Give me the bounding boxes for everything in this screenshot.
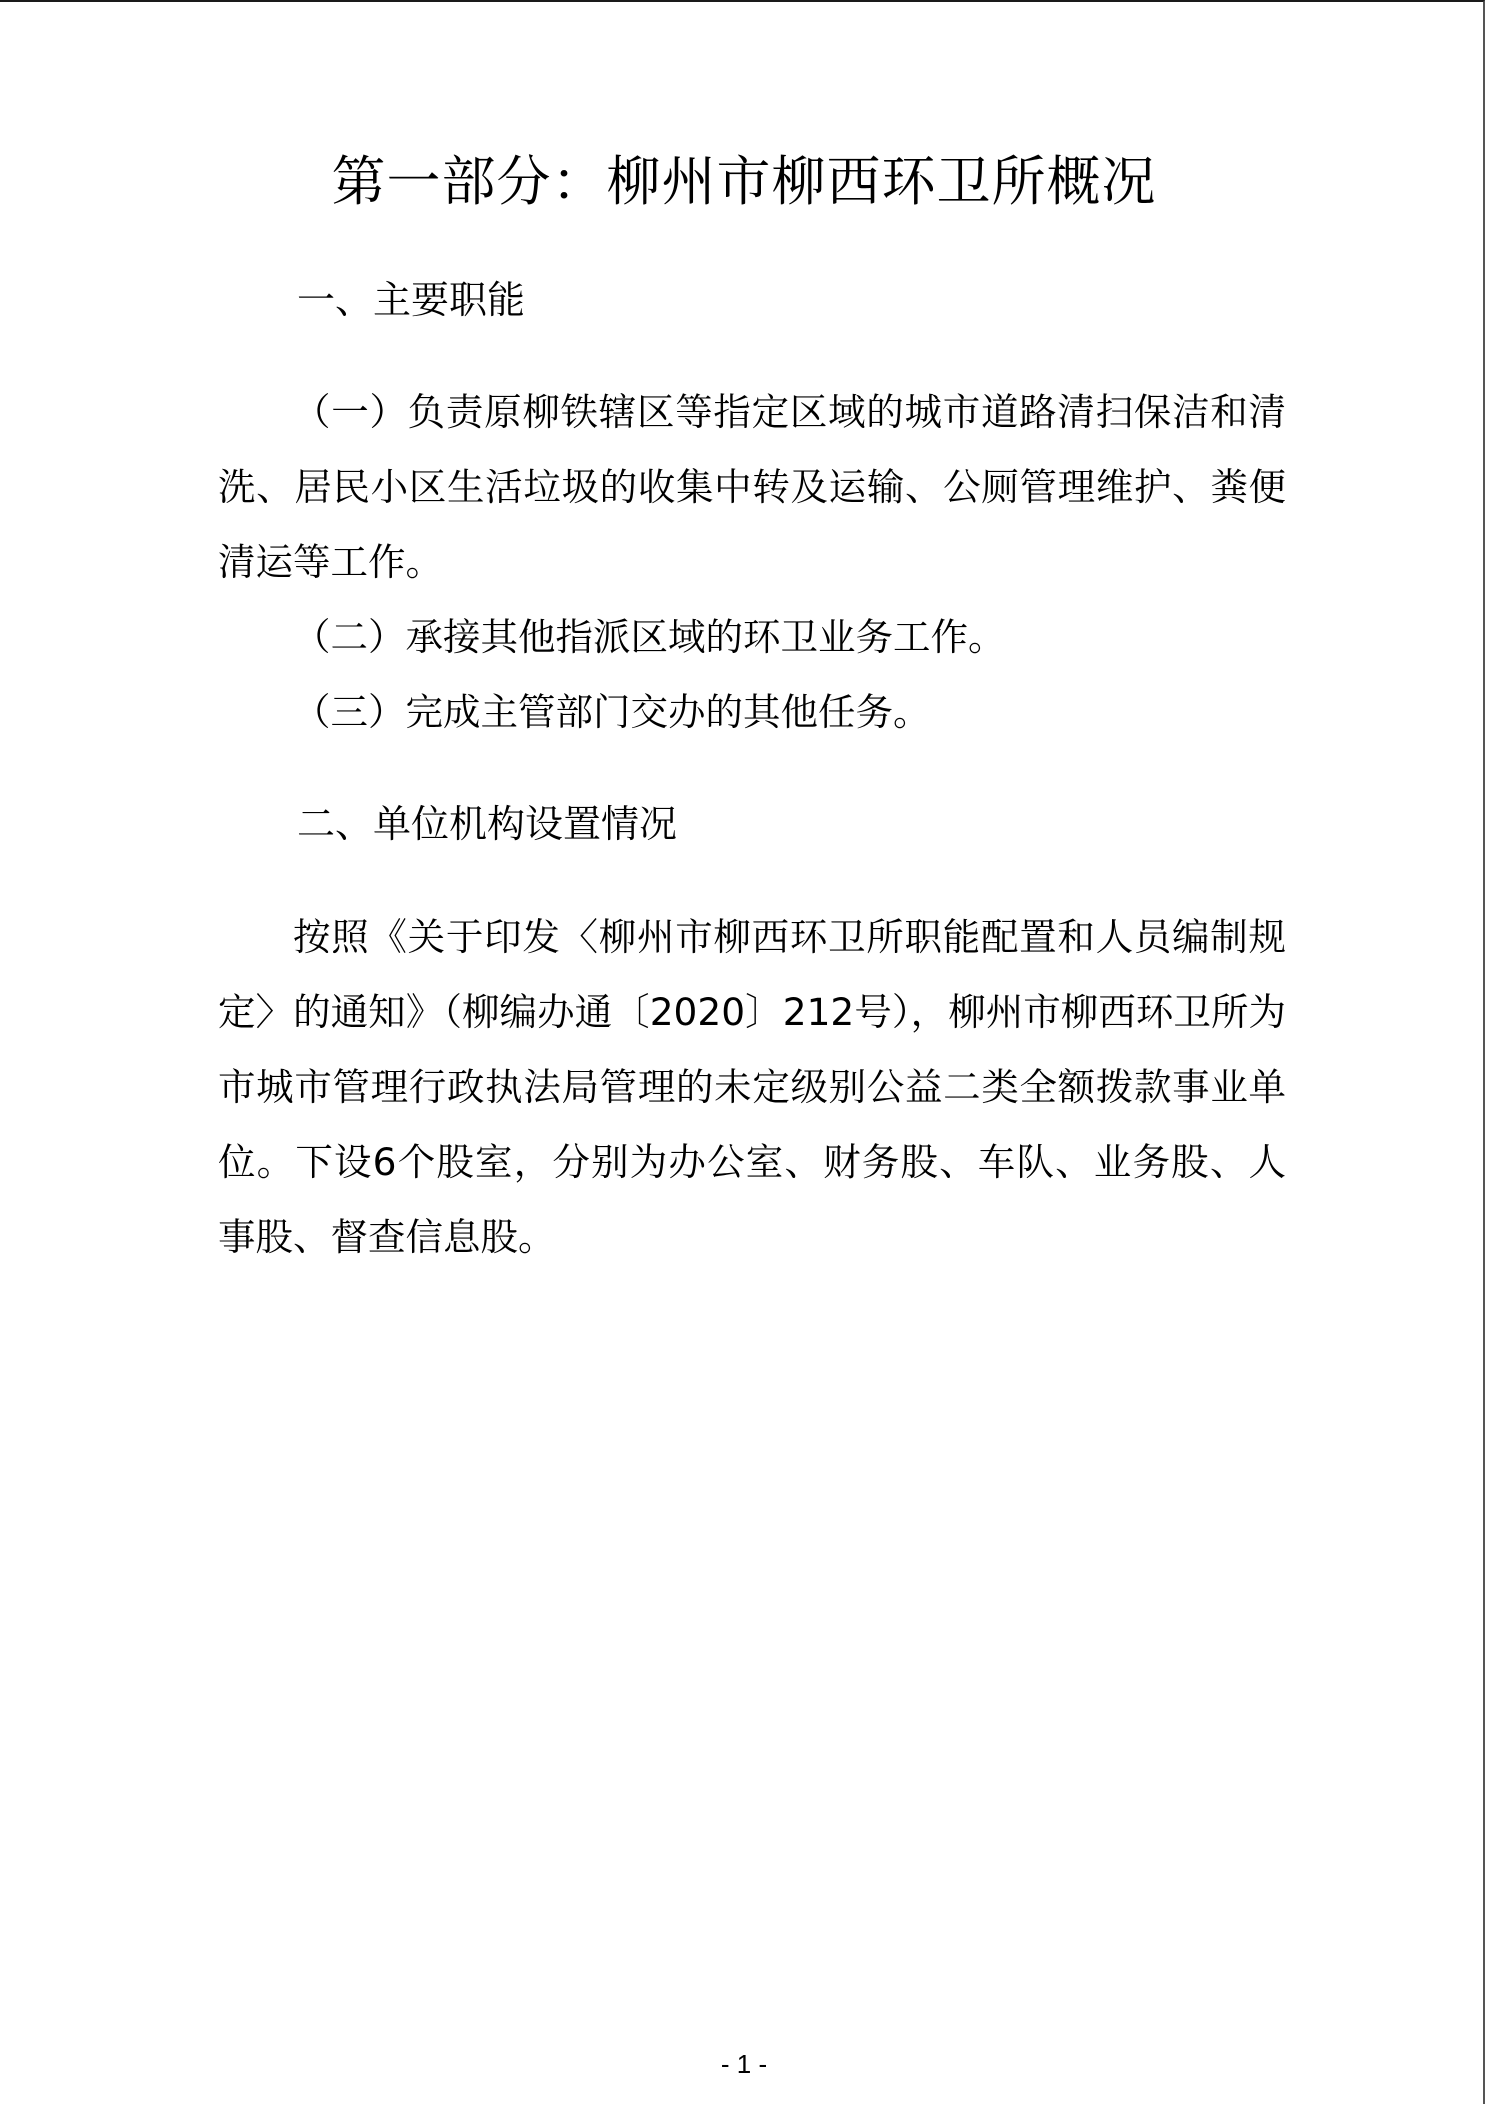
section-heading-organization: 二、单位机构设置情况 <box>297 798 677 850</box>
document-page: 第一部分：柳州市柳西环卫所概况 一、主要职能 （一）负责原柳铁辖区等指定区域的城… <box>0 0 1485 2104</box>
paragraph-organization: 按照《关于印发〈柳州市柳西环卫所职能配置和人员编制规定〉的通知》（柳编办通〔20… <box>218 900 1286 1275</box>
page-number: - 1 - <box>0 2046 1488 2082</box>
paragraph-function-2: （二）承接其他指派区域的环卫业务工作。 <box>218 600 1286 675</box>
section-heading-main-functions: 一、主要职能 <box>297 274 525 326</box>
paragraph-function-1: （一）负责原柳铁辖区等指定区域的城市道路清扫保洁和清洗、居民小区生活垃圾的收集中… <box>218 375 1286 600</box>
paragraph-function-3: （三）完成主管部门交办的其他任务。 <box>218 675 1286 750</box>
page-title: 第一部分：柳州市柳西环卫所概况 <box>0 144 1488 220</box>
